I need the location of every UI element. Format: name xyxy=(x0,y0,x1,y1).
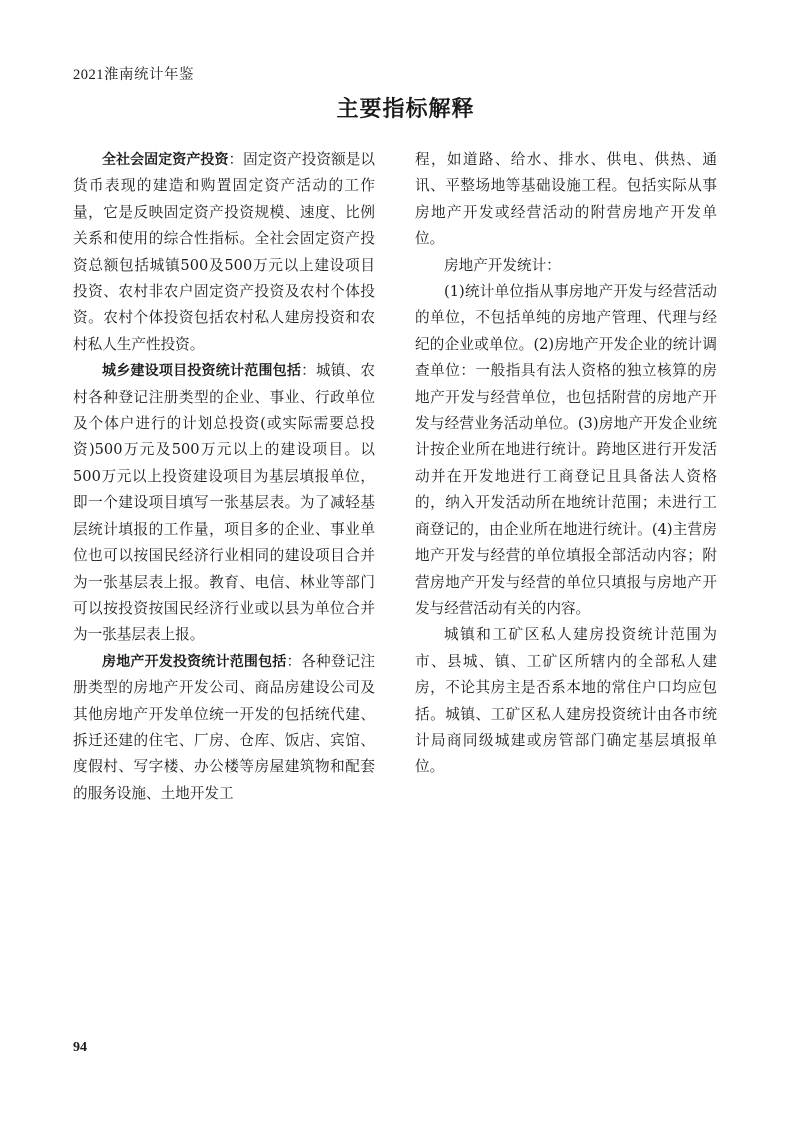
right-column: 程，如道路、给水、排水、供电、供热、通讯、平整场地等基础设施工程。包括实际从事房… xyxy=(415,147,717,781)
paragraph-text: 城镇、农村各种登记注册类型的企业、事业、行政单位及个体户进行的计划总投资(或实际… xyxy=(73,362,375,643)
page-title: 主要指标解释 xyxy=(0,92,793,123)
term-label: 全社会固定资产投资 xyxy=(102,152,229,168)
paragraph-text: 固定资产投资额是以货币表现的建造和购置固定资产活动的工作量，它是反映固定资产投资… xyxy=(73,151,375,353)
paragraph-text: (1)统计单位指从事房地产开发与经营活动的单位，不包括单纯的房地产管理、代理与经… xyxy=(415,283,717,617)
paragraph-text: 房地产开发统计： xyxy=(444,257,561,274)
term-label: 房地产开发投资统计范围包括 xyxy=(102,654,286,670)
term-separator: ： xyxy=(301,362,316,379)
paragraph-real-estate-investment-scope: 房地产开发投资统计范围包括：各种登记注册类型的房地产开发公司、商品房建设公司及其… xyxy=(73,649,375,807)
left-column: 全社会固定资产投资：固定资产投资额是以货币表现的建造和购置固定资产活动的工作量，… xyxy=(73,147,375,807)
paragraph-private-housing-scope: 城镇和工矿区私人建房投资统计范围为市、县城、镇、工矿区所辖内的全部私人建房，不论… xyxy=(415,622,717,780)
paragraph-real-estate-statistics-heading: 房地产开发统计： xyxy=(415,253,717,279)
paragraph-fixed-asset-investment: 全社会固定资产投资：固定资产投资额是以货币表现的建造和购置固定资产活动的工作量，… xyxy=(73,147,375,358)
paragraph-text: 城镇和工矿区私人建房投资统计范围为市、县城、镇、工矿区所辖内的全部私人建房，不论… xyxy=(415,626,717,775)
term-separator: ： xyxy=(286,653,301,670)
paragraph-text: 各种登记注册类型的房地产开发公司、商品房建设公司及其他房地产开发单位统一开发的包… xyxy=(73,653,375,802)
paragraph-construction-project-scope: 城乡建设项目投资统计范围包括：城镇、农村各种登记注册类型的企业、事业、行政单位及… xyxy=(73,358,375,648)
term-label: 城乡建设项目投资统计范围包括 xyxy=(102,363,301,379)
paragraph-continuation: 程，如道路、给水、排水、供电、供热、通讯、平整场地等基础设施工程。包括实际从事房… xyxy=(415,147,717,253)
running-header: 2021淮南统计年鉴 xyxy=(73,63,194,84)
paragraph-text: 程，如道路、给水、排水、供电、供热、通讯、平整场地等基础设施工程。包括实际从事房… xyxy=(415,151,717,247)
paragraph-real-estate-statistics-rules: (1)统计单位指从事房地产开发与经营活动的单位，不包括单纯的房地产管理、代理与经… xyxy=(415,279,717,622)
page-number: 94 xyxy=(73,1040,87,1056)
term-separator: ： xyxy=(229,151,244,168)
